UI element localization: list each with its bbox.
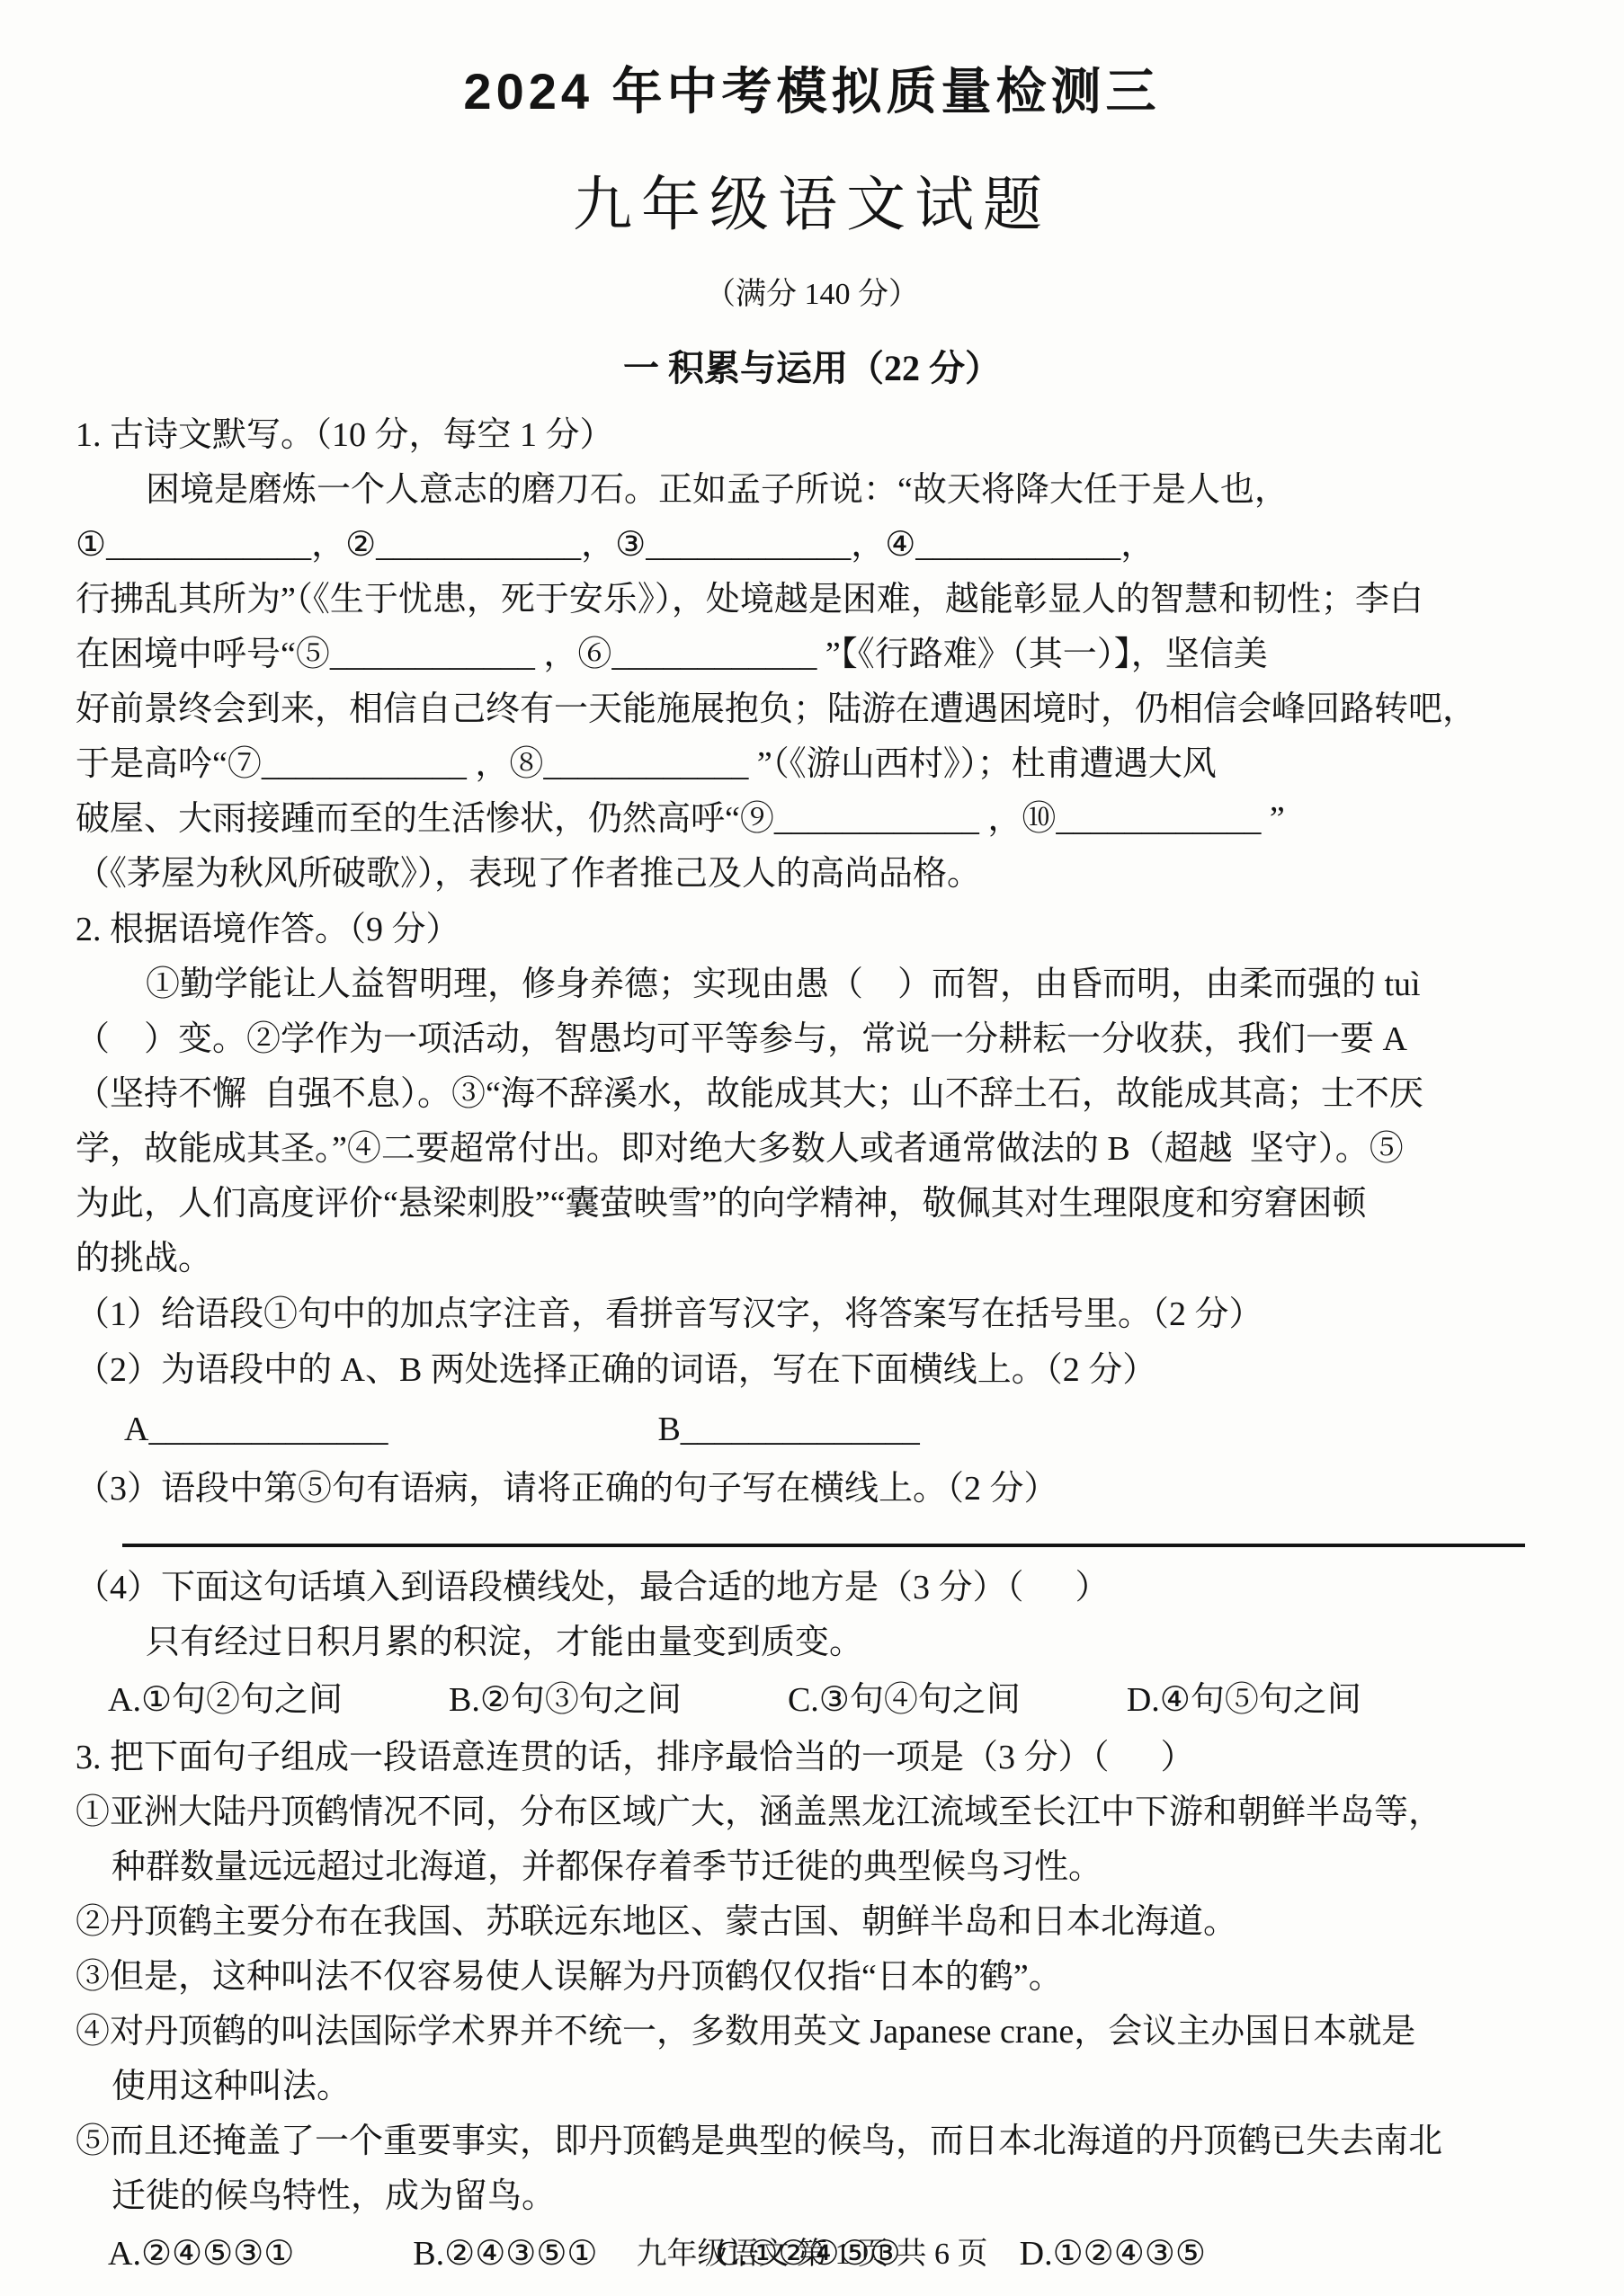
q2-passage-line: 的挑战。 [76, 1232, 1548, 1286]
page-footer: 九年级语文 第 1 页 共 6 页 [0, 2229, 1624, 2273]
exam-paper-page: 2024 年中考模拟质量检测三 九年级语文试题 （满分 140 分） 一 积累与… [0, 0, 1624, 2296]
q1-paragraph-line: 困境是磨炼一个人意志的磨刀石。正如孟子所说：“故天将降大任于是人也， [76, 463, 1548, 518]
q3-sentence-cont: 迁徙的候鸟特性，成为留鸟。 [76, 2169, 1548, 2224]
q3-heading: 3. 把下面句子组成一段语意连贯的话，排序最恰当的一项是（3 分）（ ） [76, 1730, 1548, 1785]
q3-sentence: ②丹顶鹤主要分布在我国、苏联远东地区、蒙古国、朝鲜半岛和日本北海道。 [76, 1895, 1548, 1950]
q2-option-d: D.④句⑤句之间 [1127, 1670, 1361, 1730]
q2-insert-sentence: 只有经过日积月累的积淀，才能由量变到质变。 [76, 1615, 1548, 1670]
q1-paragraph-line: （《茅屋为秋风所破歌》），表现了作者推己及人的高尚品格。 [76, 847, 1548, 902]
q1-blank-line: 在困境中呼号“⑤____________ ，⑥____________ ”【《行… [76, 627, 1548, 682]
q2-heading: 2. 根据语境作答。（9 分） [76, 902, 1548, 957]
q2-sub2: （2）为语段中的 A、B 两处选择正确的词语，写在下面横线上。（2 分） [76, 1342, 1548, 1398]
q1-heading: 1. 古诗文默写。（10 分，每空 1 分） [76, 407, 1548, 463]
q2-option-row: A.①句②句之间 B.②句③句之间 C.③句④句之间 D.④句⑤句之间 [76, 1670, 1548, 1730]
q2-passage-line: 学，故能成其圣。”④二要超常付出。即对绝大多数人或者通常做法的 B（超越 坚守）… [76, 1122, 1548, 1177]
q2-passage-line: ①勤学能让人益智明理，修身养德；实现由愚（ ）而智，由昏而明，由柔而强的 tuì [76, 957, 1548, 1012]
q2-passage-line: 为此，人们高度评价“悬梁刺股”“囊萤映雪”的向学精神，敬佩其对生理限度和穷窘困顿 [76, 1177, 1548, 1232]
q3-sentence-cont: 使用这种叫法。 [76, 2060, 1548, 2114]
q2-passage-line: （ ）变。②学作为一项活动，智愚均可平等参与，常说一分耕耘一分收获，我们一要 A [76, 1012, 1548, 1067]
q3-sentence: ③但是，这种叫法不仅容易使人误解为丹顶鹤仅仅指“日本的鹤”。 [76, 1950, 1548, 2005]
page-title: 2024 年中考模拟质量检测三 [76, 52, 1548, 124]
q1-blank-line: 破屋、大雨接踵而至的生活惨状，仍然高呼“⑨____________ ，⑩____… [76, 792, 1548, 847]
q3-sentence-cont: 种群数量远远超过北海道，并都保存着季节迁徙的典型候鸟习性。 [76, 1840, 1548, 1895]
answer-blank-a: A______________ [124, 1398, 388, 1461]
q2-sub3: （3）语段中第⑤句有语病，请将正确的句子写在横线上。（2 分） [76, 1461, 1548, 1517]
q2-sub1: （1）给语段①句中的加点字注音，看拼音写汉字，将答案写在括号里。（2 分） [76, 1286, 1548, 1342]
q2-option-b: B.②句③句之间 [449, 1670, 682, 1730]
answer-blank-b: B______________ [657, 1398, 919, 1461]
q3-sentence: ⑤而且还掩盖了一个重要事实，即丹顶鹤是典型的候鸟，而日本北海道的丹顶鹤已失去南北 [76, 2114, 1548, 2169]
q3-sentence: ①亚洲大陆丹顶鹤情况不同，分布区域广大，涵盖黑龙江流域至长江中下游和朝鲜半岛等， [76, 1785, 1548, 1840]
q1-paragraph-line: 行拂乱其所为”（《生于忧患，死于安乐》），处境越是困难，越能彰显人的智慧和韧性；… [76, 573, 1548, 627]
exam-subtitle: 九年级语文试题 [76, 156, 1548, 242]
q2-sub4: （4）下面这句话填入到语段横线处，最合适的地方是（3 分）（ ） [76, 1560, 1548, 1615]
answer-rule-line [122, 1544, 1525, 1547]
q3-sentence: ④对丹顶鹤的叫法国际学术界并不统一，多数用英文 Japanese crane，会… [76, 2005, 1548, 2060]
q1-blank-line: 于是高吟“⑦____________ ，⑧____________ ”（《游山西… [76, 737, 1548, 792]
score-note: （满分 140 分） [76, 269, 1548, 313]
q2-passage-line: （坚持不懈 自强不息）。③“海不辞溪水，故能成其大；山不辞土石，故能成其高；士不… [76, 1067, 1548, 1122]
q2-option-c: C.③句④句之间 [788, 1670, 1021, 1730]
section-heading: 一 积累与运用（22 分） [76, 340, 1548, 391]
q1-blank-line: ①____________，②____________，③___________… [76, 518, 1548, 573]
q2-option-a: A.①句②句之间 [108, 1670, 343, 1730]
q1-paragraph-line: 好前景终会到来，相信自己终有一天能施展抱负；陆游在遭遇困境时，仍相信会峰回路转吧… [76, 682, 1548, 737]
q2-answer-blanks: A______________ B______________ [76, 1398, 1548, 1461]
